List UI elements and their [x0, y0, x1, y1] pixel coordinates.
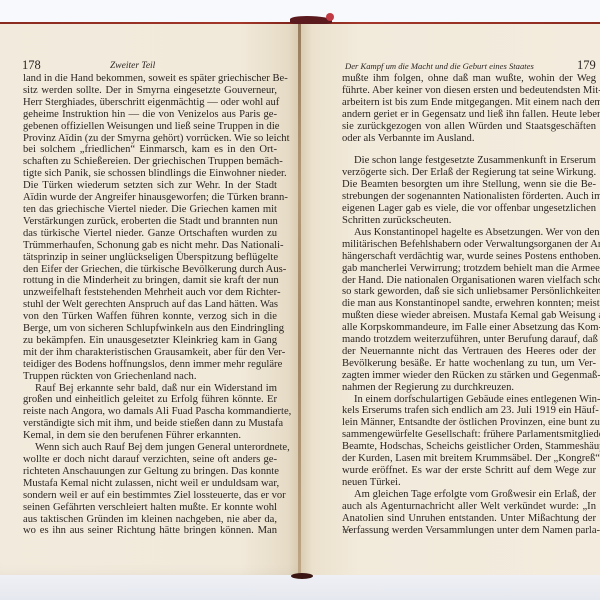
text-line: Mustafa Kemal nicht zulassen, nicht weil…: [23, 478, 277, 490]
text-line: den Eifer der Griechen, die türkische Be…: [23, 264, 277, 276]
text-line: geheime Instruktion hin — die von Venize…: [23, 109, 277, 121]
text-line: rottung in die Minderheit zu bringen, da…: [23, 275, 277, 287]
text-line: mußte ihm folgen, ohne daß man wußte, wo…: [342, 73, 596, 85]
text-line: Truppen rückten von Griechenland nach.: [23, 371, 277, 383]
text-line: schaften zu Schießereien. Der griechisch…: [23, 156, 277, 168]
paragraph: Rauf Bej erkannte sehr bald, daß nur ein…: [23, 383, 277, 443]
text-line: sie zurückgezogen von allen Würden und S…: [342, 121, 596, 133]
text-line: wo es ihn aus seiner Richtung hätte brin…: [23, 525, 277, 537]
text-line: führte. Aber keiner von diesen ersten un…: [342, 85, 596, 97]
ribbon-bookmark-tip-icon: [326, 13, 334, 21]
text-line: von den Türken Waffen führen konnte, ver…: [23, 311, 277, 323]
text-line: oder als Verbannte im Ausland.: [342, 133, 596, 145]
text-line: das türkische Viertel nieder. Ganze Orts…: [23, 228, 277, 240]
right-page-body: mußte ihm folgen, ohne daß man wußte, wo…: [342, 73, 596, 536]
right-page-number: 179: [577, 58, 596, 73]
text-line: Die Beamten besorgten um ihre Stellung, …: [342, 179, 596, 191]
text-line: Schritten zurückscheuten.: [342, 215, 596, 227]
text-line: Die schon lange festgesetzte Zusammenkun…: [342, 155, 596, 167]
text-line: sondern weil er auf ein bestimmtes Ziel …: [23, 490, 277, 502]
text-line: kels Erserums trafen sich endlich am 23.…: [342, 405, 596, 417]
text-line: verständigte sich mit ihm, und beide sti…: [23, 418, 277, 430]
text-line: die man aus Konstantinopel sandte, erweh…: [342, 298, 596, 310]
text-line: seinen Gefährten verschleiert halten muß…: [23, 502, 277, 514]
text-line: tätsprinzip in seiner unglückseligen Übe…: [23, 252, 277, 264]
signature-mark: 12*: [342, 529, 351, 535]
text-line: zu bekämpfen. Ein unausgesetzter Kleinkr…: [23, 335, 277, 347]
text-line: alle Korpskommandeure, im Falle einer Ab…: [342, 322, 596, 334]
spine-tail-icon: [291, 573, 313, 579]
text-line: mando trotzdem weiterzuführen, unter Ber…: [342, 334, 596, 346]
text-line: Wenn sich auch Rauf Bej dem jungen Gener…: [23, 442, 277, 454]
left-running-head: Zweiter Teil: [110, 61, 155, 71]
book-gutter: [298, 24, 301, 575]
text-line: Die Türken wiederum setzten sich zur Weh…: [23, 180, 277, 192]
right-running-head: Der Kampf um die Macht und die Geburt ei…: [345, 61, 534, 71]
paragraph: Wenn sich auch Rauf Bej dem jungen Gener…: [23, 442, 277, 537]
left-page: 178 Zweiter Teil land in die Hand bekomm…: [0, 24, 300, 575]
text-line: nahmen der Regierung zu durchkreuzen.: [342, 382, 596, 394]
text-line: Am gleichen Tage erfolgte vom Großwesir …: [342, 489, 596, 501]
text-line: mit der ihm charakteristischen Grausamke…: [23, 347, 277, 359]
text-line: wurde eröffnet. Es war der erste Schritt…: [342, 465, 596, 477]
text-line: neuen Türkei.: [342, 477, 596, 489]
text-line: hängerschaft verdächtig war, wurde seine…: [342, 251, 596, 263]
text-line: so stark geworden, daß sie sich unliebsa…: [342, 286, 596, 298]
text-line: ten das griechische Viertel nieder. Die …: [23, 204, 277, 216]
text-line: land in die Hand bekommen, soweit es spä…: [23, 73, 277, 85]
text-line: arbeitern ist bis zum Ende mitgegangen. …: [342, 97, 596, 109]
text-line: zagten immer wieder den Rücken zu stärke…: [342, 370, 596, 382]
text-line: aus taktischen Gründen im kleinen nachge…: [23, 514, 277, 526]
paragraph: Die schon lange festgesetzte Zusammenkun…: [342, 155, 596, 226]
text-line: der Neuernannte nicht das Vertrauen des …: [342, 346, 596, 358]
text-line: Aïdin wurde der Angreifer hinausgeworfen…: [23, 192, 277, 204]
text-line: Bevölkerung besäße. Er hatte wochenlang …: [342, 358, 596, 370]
text-line: Anatolien sind Unruhen entstanden. Unter…: [342, 513, 596, 525]
text-line: Berge, um von sicheren Schlupfwinkeln au…: [23, 323, 277, 335]
text-line: gebenen offiziellen Weisungen und ließ s…: [23, 121, 277, 133]
paragraph: Am gleichen Tage erfolgte vom Großwesir …: [342, 489, 596, 537]
paragraph: land in die Hand bekommen, soweit es spä…: [23, 73, 277, 383]
text-line: auch als Agenturnachricht aller Welt ver…: [342, 501, 596, 513]
text-line: Verfassung werden Versammlungen unter de…: [342, 525, 596, 537]
paragraph-gap: [342, 144, 596, 155]
text-line: gab mancherlei Verwirrung; trotzdem behi…: [342, 263, 596, 275]
text-line: Aus Konstantinopel hagelte es Absetzunge…: [342, 227, 596, 239]
text-line: andern geriet er in Gegensatz und ließ i…: [342, 109, 596, 121]
text-line: lein Männer, Entsandte der östlichen Pro…: [342, 417, 596, 429]
text-line: In einem dorfschulartigen Gebäude eines …: [342, 394, 596, 406]
text-line: verzögerte sich. Der Erlaß der Regierung…: [342, 167, 596, 179]
text-line: Provinz Aïdin (zu der Smyrna gehört) vor…: [23, 133, 277, 145]
paragraph: mußte ihm folgen, ohne daß man wußte, wo…: [342, 73, 596, 144]
text-line: sammengewürfelte Gesellschaft: frühere P…: [342, 429, 596, 441]
text-line: richteten Anschauungen zur Geltung zu br…: [23, 466, 277, 478]
text-line: der Kurden, Lasen mit breitem Krummsäbel…: [342, 453, 596, 465]
text-line: bei solchem „friedlichen“ Einmarsch, kam…: [23, 144, 277, 156]
text-line: eigenen Lager gab es viele, die vor offe…: [342, 203, 596, 215]
text-line: Rauf Bej erkannte sehr bald, daß nur ein…: [23, 383, 277, 395]
text-line: Kemal, in dem sie den berufenen Führer e…: [23, 430, 277, 442]
text-line: reiste nach Angora, wo damals Ali Fuad P…: [23, 406, 277, 418]
text-line: unzweifelhaft feststehenden Mehrheit auc…: [23, 287, 277, 299]
open-book: 178 Zweiter Teil land in die Hand bekomm…: [0, 22, 600, 575]
text-line: tigte sich Panik, sie schossen blindling…: [23, 168, 277, 180]
text-line: Trümmerhaufen, Schonung gab es nicht meh…: [23, 240, 277, 252]
text-line: großen und einheitlich geleitet zu Erfol…: [23, 394, 277, 406]
paragraph: In einem dorfschulartigen Gebäude eines …: [342, 394, 596, 489]
text-line: Verstärkungen zurück, eroberten die Stad…: [23, 216, 277, 228]
text-line: der Hand. Die nationalen Organisationen …: [342, 275, 596, 287]
text-line: mußten diese wieder abreisen. Mustafa Ke…: [342, 310, 596, 322]
left-page-body: land in die Hand bekommen, soweit es spä…: [23, 73, 277, 537]
text-line: sitz werden sollte. Der in Smyrna einges…: [23, 85, 277, 97]
text-line: Herr Sterghiades, überschritt eigenmächt…: [23, 97, 277, 109]
left-page-number: 178: [22, 58, 41, 73]
text-line: strebungen der sogenannten Nationalisten…: [342, 191, 596, 203]
text-line: Beamte, Hodschas, Scheichs geistlicher O…: [342, 441, 596, 453]
text-line: stuhl der Welt gerechten Anspruch auf da…: [23, 299, 277, 311]
paragraph: Aus Konstantinopel hagelte es Absetzunge…: [342, 227, 596, 394]
text-line: teidiger des Bodens hoffnungslos, denn i…: [23, 359, 277, 371]
text-line: militärischen Befehlshabern oder Verwalt…: [342, 239, 596, 251]
text-line: wollte er doch nicht darauf verzichten, …: [23, 454, 277, 466]
